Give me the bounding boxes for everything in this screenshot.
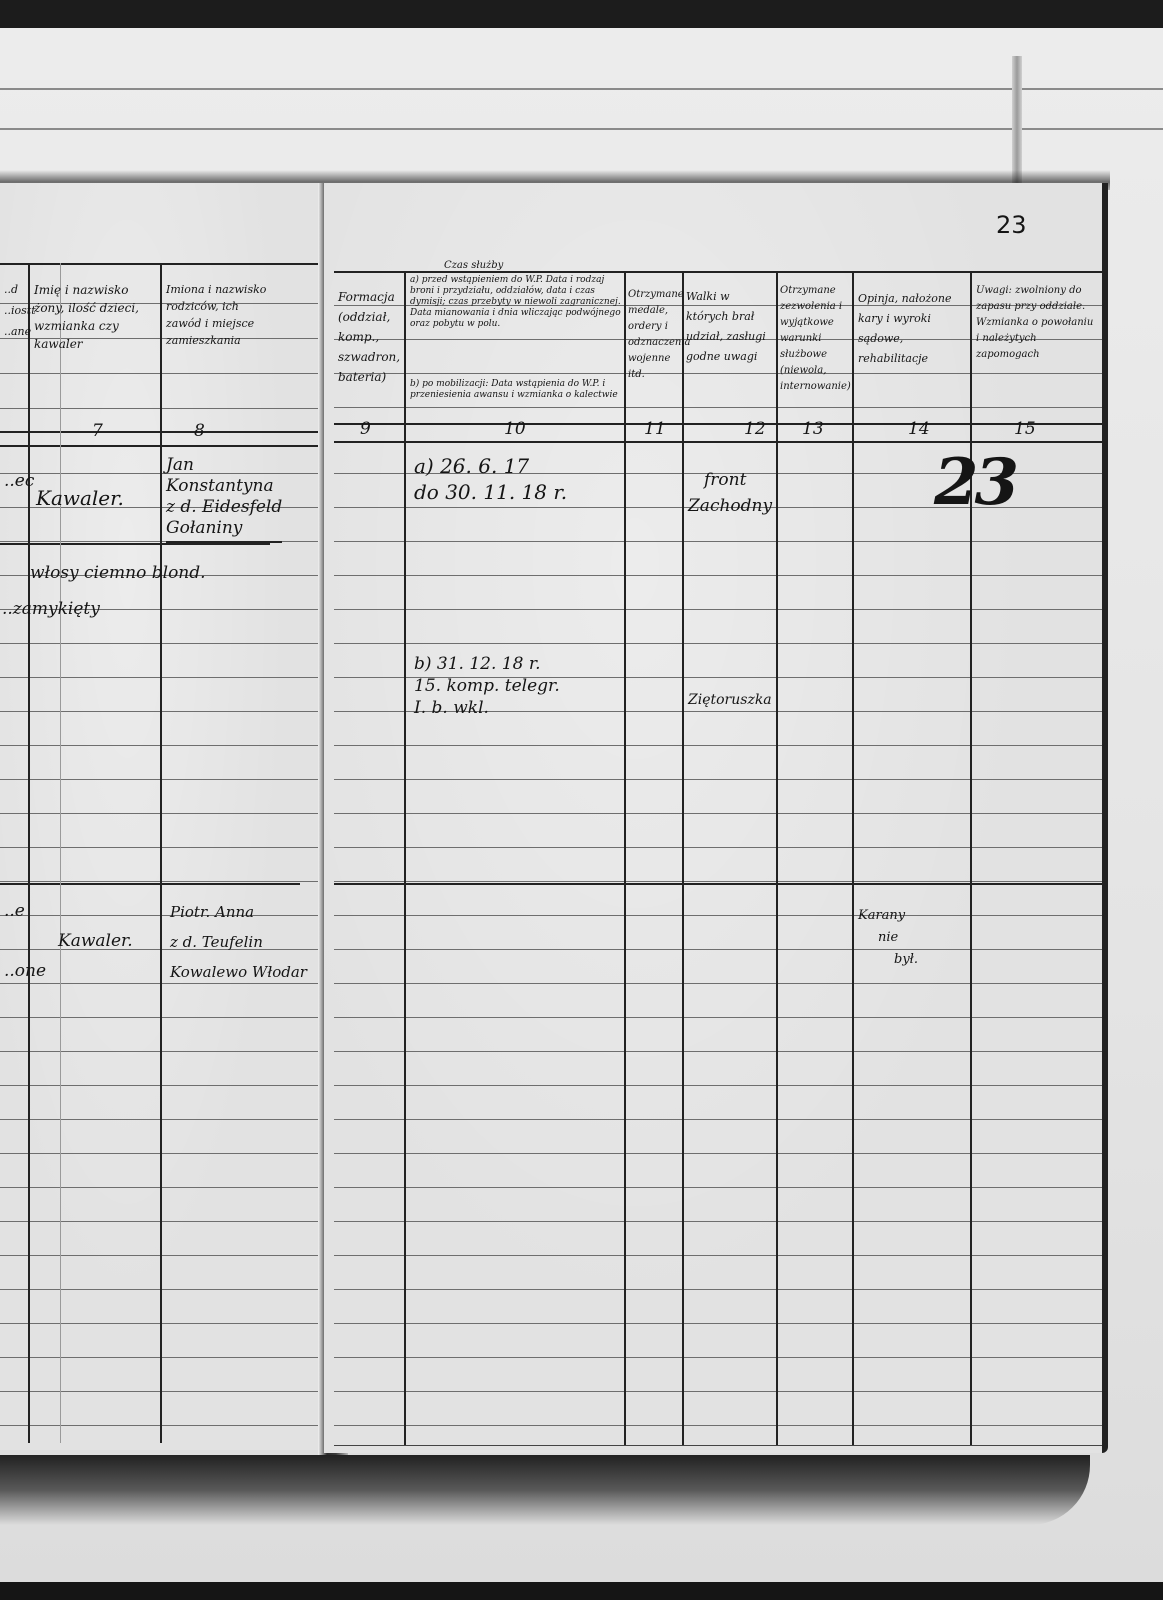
- rule: [0, 1255, 318, 1256]
- rule: [334, 1357, 1102, 1358]
- column-number-13: 13: [802, 421, 824, 438]
- parents-line: Kowalewo Włodar: [170, 957, 307, 987]
- rule: [0, 1187, 318, 1188]
- partial-header-line: ..iostt: [4, 304, 28, 317]
- rule: [334, 541, 1102, 542]
- rule: [0, 745, 318, 746]
- battles-line: Zachodny: [688, 493, 772, 519]
- column-number-10: 10: [504, 421, 526, 438]
- column-divider: [776, 271, 778, 1445]
- rule: [334, 1153, 1102, 1154]
- rule: [334, 813, 1102, 814]
- rule: [334, 745, 1102, 746]
- battles-b: Ziętoruszka: [688, 693, 772, 707]
- parents-line: Jan: [166, 455, 282, 476]
- right-page: 23 Formacja (oddział, komp., szwadron, b…: [324, 183, 1108, 1453]
- rule: [334, 1391, 1102, 1392]
- rule: [334, 1323, 1102, 1324]
- rule: [0, 643, 318, 644]
- parents-names: Jan Konstantyna z d. Eidesfeld Gołaniny: [166, 455, 282, 543]
- rule: [0, 881, 318, 882]
- rule: [0, 779, 318, 780]
- rule: [0, 1357, 318, 1358]
- header-col14: Opinja, nałożone kary i wyroki sądowe, r…: [858, 289, 968, 369]
- rule: [334, 779, 1102, 780]
- parents-line: z d. Teufelin: [170, 927, 307, 957]
- header-col10b: b) po mobilizacji: Data wstąpienia do W.…: [410, 379, 622, 401]
- rule: [334, 1221, 1102, 1222]
- column-divider: [624, 271, 626, 1445]
- header-col10-title: Czas służby: [444, 259, 503, 272]
- entry-separator: [334, 883, 1102, 885]
- rule: [0, 373, 318, 374]
- rule: [334, 1085, 1102, 1086]
- rule: [334, 1119, 1102, 1120]
- rule: [334, 575, 1102, 576]
- service-date-line: b) 31. 12. 18 r.: [414, 653, 560, 675]
- marital-status: Kawaler.: [58, 933, 133, 950]
- rule: [334, 1425, 1102, 1426]
- service-date-line: 15. komp. telegr.: [414, 675, 560, 697]
- parents-line: Gołaniny: [166, 518, 282, 543]
- column-divider: [160, 263, 162, 1443]
- opinion-line: był.: [858, 949, 918, 971]
- rule: [0, 1051, 318, 1052]
- rule: [0, 847, 318, 848]
- rule: [334, 1051, 1102, 1052]
- column-guide: [60, 263, 61, 1443]
- rule: [0, 1017, 318, 1018]
- service-date-line: I. b. wkl.: [414, 697, 560, 719]
- header-col13: Otrzymane zezwolenia i wyjątkowe warunki…: [780, 283, 850, 395]
- page-number: 23: [996, 213, 1027, 237]
- rule: [0, 408, 318, 409]
- scan-edge: [0, 1582, 1163, 1600]
- column-number-7: 7: [92, 423, 103, 440]
- opinion-line: Karany: [858, 905, 918, 927]
- left-page: ..d ..iostt ..ane Imię i nazwisko żony, …: [0, 183, 318, 1450]
- rule: [0, 1119, 318, 1120]
- header-bottom-rule: [0, 431, 318, 433]
- header-bottom-rule: [334, 423, 1102, 425]
- marital-status: Kawaler.: [36, 488, 124, 508]
- partial-header-line: ..d: [4, 283, 28, 296]
- parents-line: z d. Eidesfeld: [166, 497, 282, 518]
- parents-line: Piotr. Anna: [170, 897, 307, 927]
- partial-header: ..d ..iostt ..ane: [4, 283, 28, 338]
- header-col15: Uwagi: zwolniony do zapasu przy oddziale…: [976, 283, 1098, 363]
- rule: [334, 643, 1102, 644]
- stamped-number: 23: [934, 451, 1015, 515]
- rule: [0, 711, 318, 712]
- service-date-line: a) 26. 6. 17: [414, 453, 567, 479]
- rule: [334, 1187, 1102, 1188]
- rule: [334, 609, 1102, 610]
- rule: [0, 1221, 318, 1222]
- rule: [334, 1289, 1102, 1290]
- partial-text: ..ec: [4, 473, 34, 490]
- bottom-rule: [334, 1445, 1102, 1446]
- service-date-line: do 30. 11. 18 r.: [414, 479, 567, 505]
- rule: [334, 407, 1102, 408]
- header-col9: Formacja (oddział, komp., szwadron, bate…: [338, 287, 402, 387]
- rule: [0, 813, 318, 814]
- rule: [0, 1425, 318, 1426]
- rule: [0, 1323, 318, 1324]
- column-divider: [28, 263, 30, 1443]
- book-shadow-bottom: [0, 1455, 1090, 1525]
- parents-names: Piotr. Anna z d. Teufelin Kowalewo Włoda…: [170, 897, 307, 987]
- battles: front Zachodny: [688, 467, 772, 519]
- opinion-line: nie: [858, 927, 918, 949]
- partial-text: ..one: [4, 963, 46, 980]
- header-col10a: a) przed wstąpieniem do W.P. Data i rodz…: [410, 275, 622, 330]
- rule: [334, 949, 1102, 950]
- rule: [334, 881, 1102, 882]
- partial-text: ..e: [4, 903, 25, 920]
- column-divider: [404, 271, 406, 1445]
- column-divider: [852, 271, 854, 1445]
- rule: [334, 1255, 1102, 1256]
- rule: [0, 1391, 318, 1392]
- header-col7: Imię i nazwisko żony, ilość dzieci, wzmi…: [34, 281, 156, 353]
- rule: [334, 983, 1102, 984]
- rule: [334, 847, 1102, 848]
- rule: [334, 915, 1102, 916]
- rule: [334, 1017, 1102, 1018]
- column-number-9: 9: [360, 421, 371, 438]
- header-col12: Walki w których brał udział, zasługi god…: [686, 287, 772, 367]
- column-number-8: 8: [194, 423, 205, 440]
- battles-line: front: [688, 467, 772, 493]
- service-dates-a: a) 26. 6. 17 do 30. 11. 18 r.: [414, 453, 567, 505]
- rule: [334, 373, 1102, 374]
- entry-separator: [0, 883, 300, 885]
- entry-separator: [0, 543, 270, 545]
- rule: [0, 677, 318, 678]
- column-number-14: 14: [908, 421, 930, 438]
- description-note: włosy ciemno blond.: [30, 565, 206, 582]
- column-divider: [682, 271, 684, 1445]
- service-dates-b: b) 31. 12. 18 r. 15. komp. telegr. I. b.…: [414, 653, 560, 719]
- column-number-11: 11: [644, 421, 666, 438]
- header-col8: Imiona i nazwisko rodziców, ich zawód i …: [166, 281, 276, 349]
- rule: [0, 1085, 318, 1086]
- column-number-rule: [0, 445, 318, 447]
- header-top-rule: [0, 263, 318, 265]
- description-note: ..zamykięty: [2, 601, 100, 618]
- rule: [0, 1153, 318, 1154]
- column-number-rule: [334, 441, 1102, 443]
- column-number-12: 12: [744, 421, 766, 438]
- header-col11: Otrzymane medale, ordery i odznaczenia w…: [628, 287, 680, 383]
- backdrop-rule: [0, 88, 1163, 90]
- rule: [0, 1289, 318, 1290]
- column-number-15: 15: [1014, 421, 1036, 438]
- partial-header-line: ..ane: [4, 325, 28, 338]
- opinion-note: Karany nie był.: [858, 905, 918, 971]
- backdrop-rule: [0, 128, 1163, 130]
- parents-line: Konstantyna: [166, 476, 282, 497]
